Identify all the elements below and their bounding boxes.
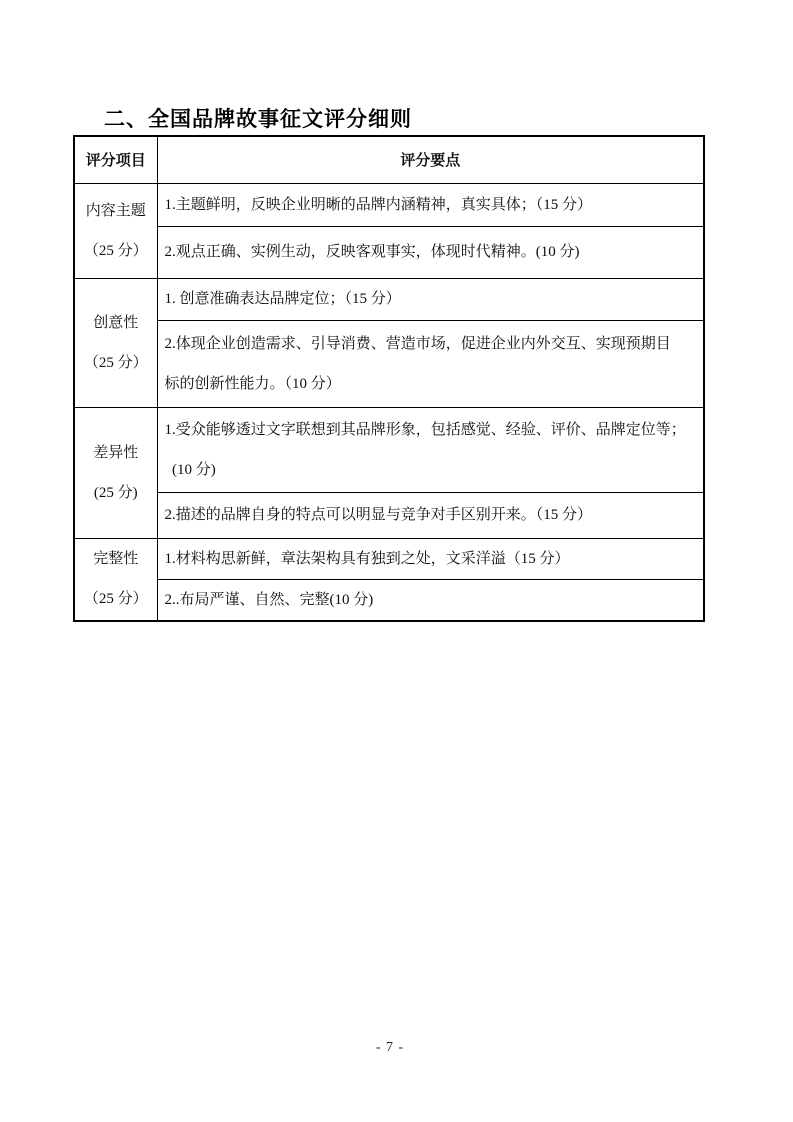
category-cell-completeness: 完整性（25 分）: [74, 538, 157, 621]
table-row: 差异性(25 分) 1.受众能够透过文字联想到其品牌形象，包括感觉、经验、评价、…: [74, 407, 704, 492]
criteria-cell: 1. 创意准确表达品牌定位；（15 分）: [157, 278, 704, 320]
column-header-points: 评分要点: [157, 136, 704, 183]
document-page: 二、全国品牌故事征文评分细则 评分项目 评分要点 内容主题（25 分） 1.主题…: [0, 0, 793, 1122]
category-label: 差异性: [93, 445, 138, 461]
category-cell-creativity: 创意性（25 分）: [74, 278, 157, 407]
criteria-cell: 2.观点正确、实例生动，反映客观事实，体现时代精神。(10 分): [157, 226, 704, 278]
table-header-row: 评分项目 评分要点: [74, 136, 704, 183]
criteria-cell: 2..布局严谨、自然、完整(10 分): [157, 579, 704, 621]
page-number: - 7 -: [0, 1040, 780, 1056]
scoring-rubric-table: 评分项目 评分要点 内容主题（25 分） 1.主题鲜明，反映企业明晰的品牌内涵精…: [73, 135, 705, 622]
category-score: (25 分): [94, 485, 138, 501]
category-score: （25 分）: [84, 355, 148, 371]
category-cell-content-theme: 内容主题（25 分）: [74, 183, 157, 278]
criteria-cell: 1.受众能够透过文字联想到其品牌形象，包括感觉、经验、评价、品牌定位等； (10…: [157, 407, 704, 492]
table-row: 2.体现企业创造需求、引导消费、营造市场，促进企业内外交互、实现预期目 标的创新…: [74, 320, 704, 407]
category-score: （25 分）: [84, 243, 148, 259]
table-row: 内容主题（25 分） 1.主题鲜明，反映企业明晰的品牌内涵精神，真实具体；（15…: [74, 183, 704, 226]
table-row: 创意性（25 分） 1. 创意准确表达品牌定位；（15 分）: [74, 278, 704, 320]
category-cell-differentiation: 差异性(25 分): [74, 407, 157, 538]
category-label: 内容主题: [86, 203, 146, 219]
criteria-cell: 1.材料构思新鲜，章法架构具有独到之处，文采洋溢（15 分）: [157, 538, 704, 579]
document-title: 二、全国品牌故事征文评分细则: [104, 103, 412, 133]
table-row: 2.观点正确、实例生动，反映客观事实，体现时代精神。(10 分): [74, 226, 704, 278]
table-row: 2..布局严谨、自然、完整(10 分): [74, 579, 704, 621]
category-score: （25 分）: [84, 591, 148, 607]
criteria-cell: 2.体现企业创造需求、引导消费、营造市场，促进企业内外交互、实现预期目 标的创新…: [157, 320, 704, 407]
category-label: 创意性: [93, 315, 138, 331]
criteria-cell: 2.描述的品牌自身的特点可以明显与竞争对手区别开来。（15 分）: [157, 492, 704, 538]
table-row: 完整性（25 分） 1.材料构思新鲜，章法架构具有独到之处，文采洋溢（15 分）: [74, 538, 704, 579]
column-header-category: 评分项目: [74, 136, 157, 183]
category-label: 完整性: [93, 551, 138, 567]
table-row: 2.描述的品牌自身的特点可以明显与竞争对手区别开来。（15 分）: [74, 492, 704, 538]
criteria-cell: 1.主题鲜明，反映企业明晰的品牌内涵精神，真实具体；（15 分）: [157, 183, 704, 226]
